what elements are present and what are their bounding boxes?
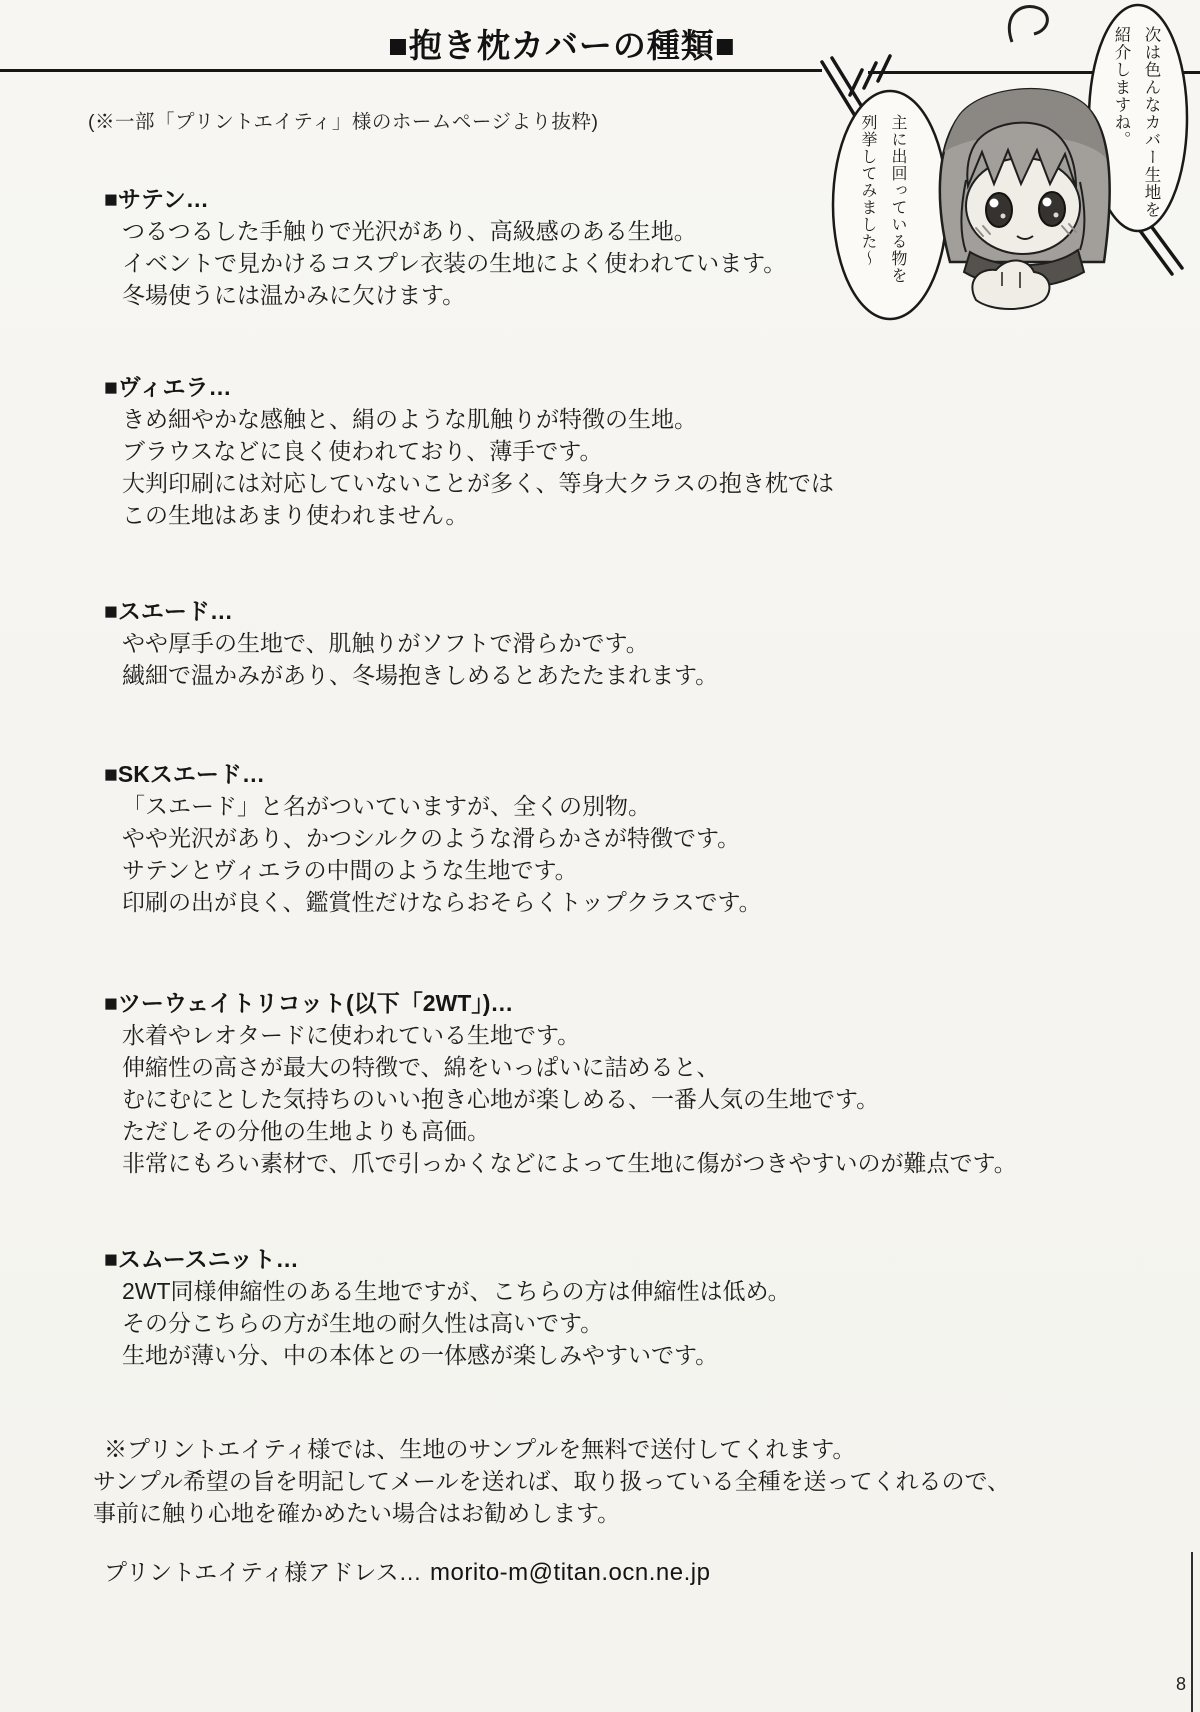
section-line: 冬場使うには温かみに欠けます。 xyxy=(122,279,786,311)
section-line: 印刷の出が良く、鑑賞性だけならおそらくトップクラスです。 xyxy=(122,886,762,918)
section-line: サテンとヴィエラの中間のような生地です。 xyxy=(122,854,762,886)
section-line: むにむにとした気持ちのいい抱き心地が楽しめる、一番人気の生地です。 xyxy=(122,1083,1017,1115)
section-line: 2WT同様伸縮性のある生地ですが、こちらの方は伸縮性は低め。 xyxy=(122,1275,791,1307)
address-row: プリントエイティ様アドレス…morito-m@titan.ocn.ne.jp xyxy=(104,1556,710,1589)
section-two-way-tricot: ■ツーウェイトリコット(以下「2WT」)… 水着やレオタードに使われている生地で… xyxy=(104,987,1017,1179)
section-line: イベントで見かけるコスプレ衣装の生地によく使われています。 xyxy=(122,247,786,279)
title-rule-left xyxy=(0,69,822,72)
section-heading: ■スムースニット… xyxy=(104,1243,791,1275)
section-heading: ■SKスエード… xyxy=(104,758,762,790)
section-heading: ■サテン… xyxy=(104,183,786,215)
bubble-text-column: 列挙してみました～ xyxy=(852,114,882,304)
page-title: ■抱き枕カバーの種類■ xyxy=(388,20,736,67)
bubble-text-column: 次は色んなカバー生地を xyxy=(1136,26,1166,232)
speech-bubble-left-text: 主に出回っている物を 列挙してみました～ xyxy=(848,114,912,304)
section-line: ブラウスなどに良く使われており、薄手です。 xyxy=(122,435,834,467)
emphasis-marks-icon xyxy=(850,56,890,95)
ahoge-hair-curl xyxy=(1009,6,1047,42)
chibi-character xyxy=(940,6,1110,309)
note-line: 事前に触り心地を確かめたい場合はお勧めします。 xyxy=(93,1497,1010,1529)
section-line: この生地はあまり使われません。 xyxy=(122,499,834,531)
bubble-text-column: 主に出回っている物を xyxy=(882,114,912,304)
section-line: 水着やレオタードに使われている生地です。 xyxy=(122,1019,1017,1051)
section-line: その分こちらの方が生地の耐久性は高いです。 xyxy=(122,1307,791,1339)
section-line: 繊細で温かみがあり、冬場抱きしめるとあたたまれます。 xyxy=(122,659,718,691)
section-satin: ■サテン… つるつるした手触りで光沢があり、高級感のある生地。 イベントで見かけ… xyxy=(104,183,786,311)
bubble-text-column: 紹介しますね。 xyxy=(1106,26,1136,232)
section-line: やや光沢があり、かつシルクのような滑らかさが特徴です。 xyxy=(122,822,762,854)
source-note: (※一部「プリントエイティ」様のホームページより抜粋) xyxy=(88,106,598,134)
section-heading: ■ツーウェイトリコット(以下「2WT」)… xyxy=(104,987,1017,1019)
section-line: 大判印刷には対応していないことが多く、等身大クラスの抱き枕では xyxy=(122,467,834,499)
section-line: 非常にもろい素材で、爪で引っかくなどによって生地に傷がつきやすいのが難点です。 xyxy=(122,1147,1017,1179)
section-heading: ■ヴィエラ… xyxy=(104,371,834,403)
scanned-doujin-page: ■抱き枕カバーの種類■ (※一部「プリントエイティ」様のホームページより抜粋) … xyxy=(0,0,1200,1712)
address-label: プリントエイティ様アドレス… xyxy=(104,1556,430,1588)
sample-note: ※プリントエイティ様では、生地のサンプルを無料で送付してくれます。 サンプル希望… xyxy=(93,1433,1010,1529)
email-address: morito-m@titan.ocn.ne.jp xyxy=(430,1559,710,1586)
page-number: 8 xyxy=(1176,1674,1186,1695)
note-line: ※プリントエイティ様では、生地のサンプルを無料で送付してくれます。 xyxy=(93,1433,1010,1465)
note-line: サンプル希望の旨を明記してメールを送れば、取り扱っている全種を送ってくれるので、 xyxy=(93,1465,1010,1497)
section-line: つるつるした手触りで光沢があり、高級感のある生地。 xyxy=(122,215,786,247)
section-line: 生地が薄い分、中の本体との一体感が楽しみやすいです。 xyxy=(122,1339,791,1371)
section-sk-suede: ■SKスエード… 「スエード」と名がついていますが、全くの別物。 やや光沢があり… xyxy=(104,758,762,918)
section-line: ただしその分他の生地よりも高価。 xyxy=(122,1115,1017,1147)
section-suede: ■スエード… やや厚手の生地で、肌触りがソフトで滑らかです。 繊細で温かみがあり… xyxy=(104,595,718,691)
section-smooth-knit: ■スムースニット… 2WT同様伸縮性のある生地ですが、こちらの方は伸縮性は低め。… xyxy=(104,1243,791,1371)
section-line: きめ細やかな感触と、絹のような肌触りが特徴の生地。 xyxy=(122,403,834,435)
section-viyella: ■ヴィエラ… きめ細やかな感触と、絹のような肌触りが特徴の生地。 ブラウスなどに… xyxy=(104,371,834,531)
section-line: 伸縮性の高さが最大の特徴で、綿をいっぱいに詰めると、 xyxy=(122,1051,1017,1083)
section-line: やや厚手の生地で、肌触りがソフトで滑らかです。 xyxy=(122,627,718,659)
section-heading: ■スエード… xyxy=(104,595,718,627)
scan-edge-line xyxy=(1191,1552,1193,1712)
speech-bubble-right-text: 次は色んなカバー生地を 紹介しますね。 xyxy=(1100,26,1166,232)
section-line: 「スエード」と名がついていますが、全くの別物。 xyxy=(122,790,762,822)
